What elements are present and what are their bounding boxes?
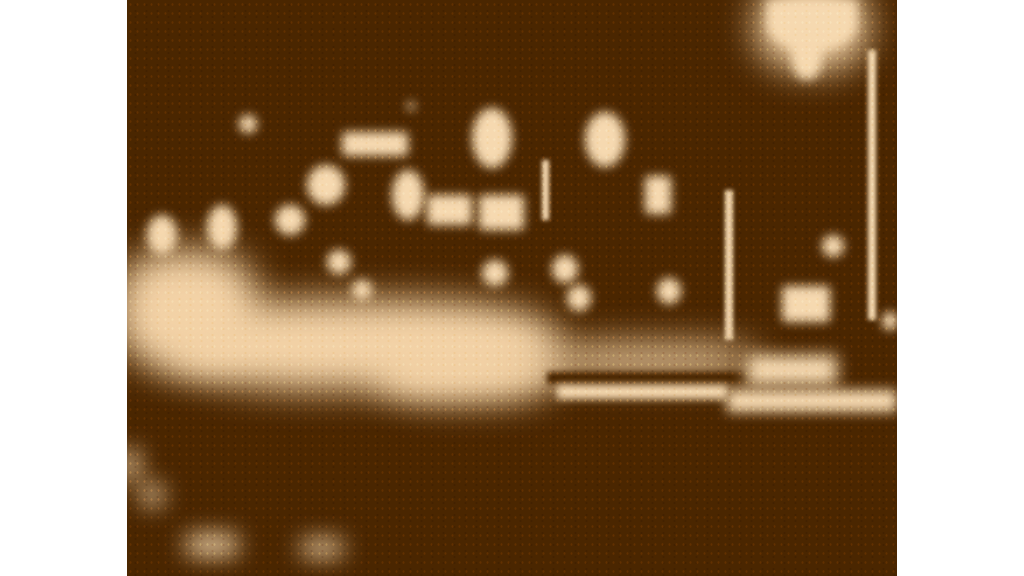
film-grain xyxy=(127,0,897,576)
night-street-photo xyxy=(127,0,897,576)
